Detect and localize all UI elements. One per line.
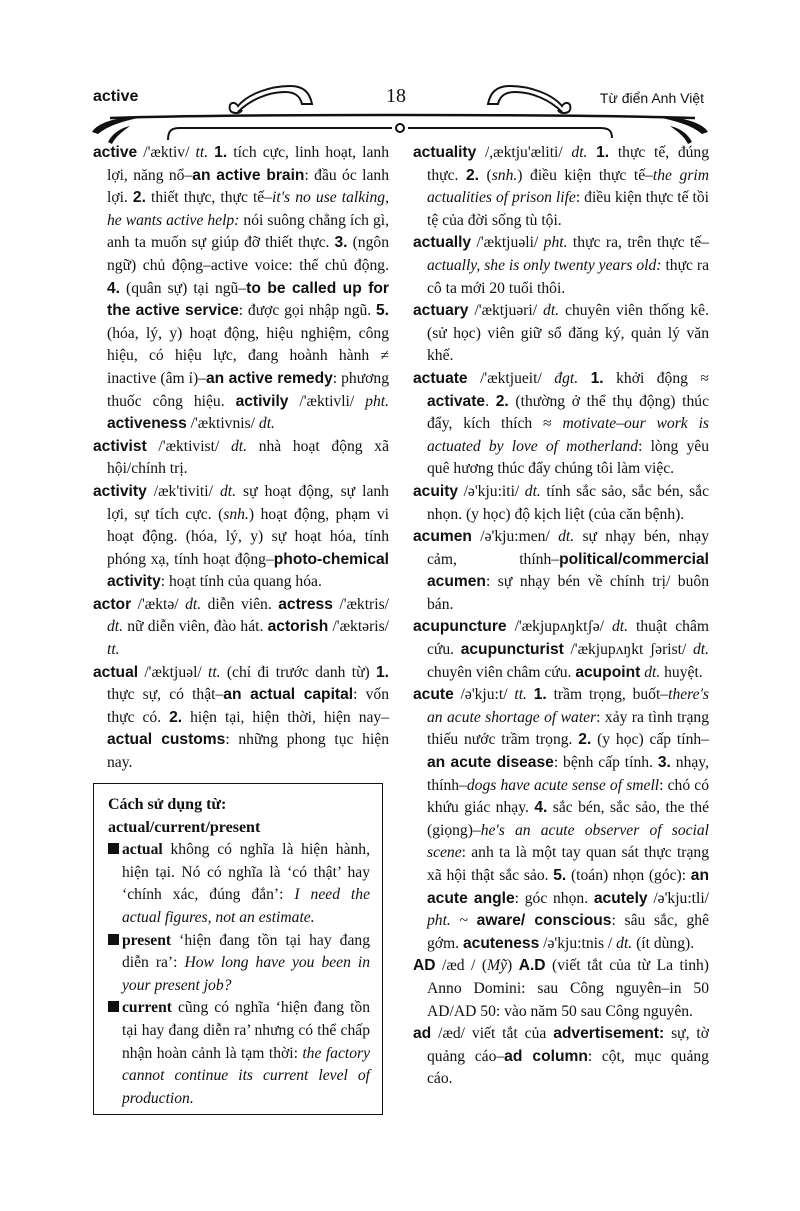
pronunciation: /'æktivist/ — [147, 438, 231, 455]
definition-text: nữ diễn viên, đào hát. — [123, 618, 268, 635]
pronunciation: /æd / ( — [436, 957, 488, 974]
bold-phrase: actorish — [268, 618, 329, 635]
headword: actuary — [413, 302, 468, 319]
definition-text — [527, 686, 534, 703]
italic-example: actually, she is only twenty years old: — [427, 257, 662, 274]
italic-example: pht. — [365, 393, 389, 410]
definition-text: : được gọi nhập ngũ. — [239, 302, 376, 319]
pronunciation: /'æktjuəri/ — [468, 302, 543, 319]
italic-example: tt. — [107, 641, 120, 658]
italic-example: dt. — [231, 438, 247, 455]
square-bullet-icon — [108, 934, 119, 945]
bold-phrase: 5. — [376, 302, 389, 319]
bold-phrase: 3. — [335, 234, 348, 251]
definition-text: thực sự, có thật– — [107, 686, 223, 703]
pronunciation: /'æktəris/ — [328, 618, 389, 635]
headword: actually — [413, 234, 471, 251]
dictionary-entry: acupuncture /'ækjupʌŋktʃə/ dt. thuật châ… — [413, 616, 709, 684]
bold-phrase: activate — [427, 393, 485, 410]
bold-phrase: advertisement: — [553, 1025, 664, 1042]
dictionary-entry: actuate /'æktjueit/ đgt. 1. khởi động ≈ … — [413, 368, 709, 481]
definition-text: thực ra, trên thực tế– — [568, 234, 709, 251]
pronunciation: /'æktjuəli/ — [471, 234, 544, 251]
bold-phrase: 2. — [578, 731, 591, 748]
book-title: Từ điển Anh Việt — [600, 90, 704, 106]
definition-text: huyệt. — [660, 664, 702, 681]
pronunciation: /æk'tiviti/ — [147, 483, 220, 500]
italic-example: dt. — [259, 415, 275, 432]
pronunciation: /'æktiv/ — [137, 144, 195, 161]
bold-phrase: 1. — [534, 686, 547, 703]
bold-phrase: 4. — [534, 799, 547, 816]
headword: active — [93, 144, 137, 161]
definition-text: trầm trọng, buốt– — [547, 686, 668, 703]
bold-phrase: ad column — [504, 1048, 588, 1065]
bold-phrase: 2. — [169, 709, 182, 726]
bold-phrase: actress — [278, 596, 333, 613]
pronunciation: /'ækjupʌŋkt ʃərist/ — [564, 641, 693, 658]
italic-example: dt. — [558, 528, 574, 545]
dictionary-entry: actuary /'æktjuəri/ dt. chuyên viên thốn… — [413, 300, 709, 368]
bold-phrase: aware/ conscious — [477, 912, 612, 929]
definition-text: ) điều kiện thực tế– — [517, 167, 653, 184]
definition-text: . — [485, 393, 496, 410]
pronunciation: /'æktris/ — [333, 596, 389, 613]
definition-text: khởi động ≈ — [604, 370, 709, 387]
dictionary-entry: actually /'æktjuəli/ pht. thực ra, trên … — [413, 232, 709, 300]
dictionary-entry: acumen /ə'kju:men/ dt. sự nhạy bén, nhạy… — [413, 526, 709, 616]
right-column: actuality /,æktju'æliti/ dt. 1. thực tế,… — [413, 142, 709, 1091]
definition-text: : bệnh cấp tính. — [554, 754, 658, 771]
definition-text: ( — [479, 167, 492, 184]
pronunciation: /ə'kju:men/ — [472, 528, 558, 545]
pronunciation: /'ækjupʌŋktʃə/ — [507, 618, 612, 635]
pronunciation: /'æktivnis/ — [187, 415, 259, 432]
definition-text: (quân sự) tại ngũ– — [120, 280, 246, 297]
bold-phrase: 5. — [553, 867, 566, 884]
italic-example: dt. — [525, 483, 541, 500]
dictionary-entry: activity /æk'tiviti/ dt. sự hoạt động, s… — [93, 481, 389, 594]
pronunciation: /'æktə/ — [131, 596, 185, 613]
usage-note-item: current cũng có nghĩa ‘hiện đang tồn tại… — [108, 997, 370, 1110]
definition-text: (chỉ đi trước danh từ) — [221, 664, 376, 681]
definition-text: : góc nhọn. — [515, 890, 594, 907]
italic-example: dt. — [616, 935, 632, 952]
usage-note-item: present ‘hiện đang tồn tại hay đang diễn… — [108, 930, 370, 998]
headword: AD — [413, 957, 436, 974]
headword: acute — [413, 686, 454, 703]
dictionary-page: active 18 Từ điển Anh Việt active /'ækti… — [0, 0, 800, 1211]
pronunciation: /æd/ — [431, 1025, 472, 1042]
definition-text — [578, 370, 590, 387]
italic-example: snh. — [492, 167, 518, 184]
headword: ad — [413, 1025, 431, 1042]
italic-example: dt. — [185, 596, 201, 613]
bold-phrase: acuteness — [463, 935, 539, 952]
definition-text: : hoạt tính của quang hóa. — [161, 573, 322, 590]
headword: acuity — [413, 483, 458, 500]
bold-phrase: an active remedy — [206, 370, 333, 387]
headword: activity — [93, 483, 147, 500]
headword: activist — [93, 438, 147, 455]
dictionary-entry: actuality /,æktju'æliti/ dt. 1. thực tế,… — [413, 142, 709, 232]
bold-phrase: 1. — [596, 144, 609, 161]
italic-example: tt. — [208, 664, 221, 681]
bold-phrase: activily — [236, 393, 289, 410]
italic-example: dt. — [107, 618, 123, 635]
pronunciation: /ə'kju:tli/ — [648, 890, 709, 907]
italic-example: tt. — [514, 686, 527, 703]
dictionary-entry: actor /'æktə/ dt. diễn viên. actress /'æ… — [93, 594, 389, 662]
dictionary-entry: acuity /ə'kju:iti/ dt. tính sắc sảo, sắc… — [413, 481, 709, 526]
definition-text: ~ — [451, 912, 477, 929]
pronunciation: /ə'kju:iti/ — [458, 483, 525, 500]
bold-phrase: acupoint — [575, 664, 640, 681]
dictionary-entry: active /'æktiv/ tt. 1. tích cực, linh ho… — [93, 142, 389, 436]
bold-phrase: 4. — [107, 280, 120, 297]
bold-phrase: activeness — [107, 415, 187, 432]
bold-phrase: 2. — [496, 393, 509, 410]
italic-example: dt. — [571, 144, 587, 161]
square-bullet-icon — [108, 1001, 119, 1012]
definition-text — [587, 144, 596, 161]
italic-example: dt. — [220, 483, 236, 500]
usage-term: current — [122, 999, 172, 1016]
bold-phrase: 1. — [591, 370, 604, 387]
italic-example: dogs have acute sense of smell — [467, 777, 659, 794]
left-column: active /'æktiv/ tt. 1. tích cực, linh ho… — [93, 142, 389, 775]
italic-example: dt. — [612, 618, 628, 635]
usage-note-item: actual không có nghĩa là hiện hành, hiện… — [108, 839, 370, 929]
italic-example: dt. — [543, 302, 559, 319]
bold-phrase: acutely — [594, 890, 648, 907]
bold-phrase: an acute disease — [427, 754, 554, 771]
dictionary-entry: acute /ə'kju:t/ tt. 1. trầm trọng, buốt–… — [413, 684, 709, 955]
usage-note-title: Cách sử dụng từ: — [108, 794, 370, 817]
bold-phrase: A.D — [519, 957, 546, 974]
definition-text: (ít dùng). — [632, 935, 694, 952]
dictionary-entry: actual /'æktjuəl/ tt. (chỉ đi trước danh… — [93, 662, 389, 775]
bold-phrase: 1. — [214, 144, 227, 161]
bold-phrase: 2. — [466, 167, 479, 184]
definition-text: hiện tại, hiện thời, hiện nay– — [182, 709, 389, 726]
pronunciation: /,æktju'æliti/ — [476, 144, 571, 161]
bold-phrase: 3. — [658, 754, 671, 771]
usage-note-items: actual không có nghĩa là hiện hành, hiện… — [108, 839, 370, 1110]
dictionary-entry: ad /æd/ viết tắt của advertisement: sự, … — [413, 1023, 709, 1091]
bold-phrase: 2. — [133, 189, 146, 206]
usage-note-box: Cách sử dụng từ: actual/current/present … — [93, 783, 383, 1115]
dictionary-entry: AD /æd / (Mỹ) A.D (viết tắt của từ La ti… — [413, 955, 709, 1023]
headword: actor — [93, 596, 131, 613]
headword: actuate — [413, 370, 468, 387]
italic-example: dt. — [644, 664, 660, 681]
headword: actuality — [413, 144, 476, 161]
italic-example: pht. — [427, 912, 451, 929]
usage-note-subtitle: actual/current/present — [108, 817, 370, 840]
headword: actual — [93, 664, 138, 681]
italic-example: đgt. — [554, 370, 578, 387]
guide-word: active — [93, 88, 138, 106]
italic-example: snh. — [223, 506, 249, 523]
bold-phrase: acupuncturist — [461, 641, 564, 658]
square-bullet-icon — [108, 843, 119, 854]
dictionary-entry: activist /'æktivist/ dt. nhà hoạt động x… — [93, 436, 389, 481]
pronunciation: /'æktjueit/ — [468, 370, 555, 387]
usage-term: present — [122, 932, 171, 949]
pronunciation: /'æktjuəl/ — [138, 664, 208, 681]
definition-text: (y học) cấp tính– — [591, 731, 709, 748]
bold-phrase: an active brain — [192, 167, 304, 184]
bold-phrase: 1. — [376, 664, 389, 681]
definition-text: ) — [507, 957, 519, 974]
italic-example: Mỹ — [487, 957, 507, 974]
definition-text: viết tắt của — [472, 1025, 553, 1042]
pronunciation: /'æktivli/ — [288, 393, 365, 410]
definition-text: chuyên viên châm cứu. — [427, 664, 575, 681]
usage-term: actual — [122, 841, 163, 858]
definition-text: thiết thực, thực tế– — [146, 189, 272, 206]
pronunciation: /ə'kju:tnis / — [539, 935, 616, 952]
page-number: 18 — [386, 85, 406, 108]
bold-phrase: an actual capital — [223, 686, 353, 703]
italic-example: pht. — [544, 234, 568, 251]
italic-example: tt. — [196, 144, 209, 161]
definition-text: (toán) nhọn (góc): — [566, 867, 691, 884]
bold-phrase: actual customs — [107, 731, 225, 748]
italic-example: dt. — [693, 641, 709, 658]
pronunciation: /ə'kju:t/ — [454, 686, 515, 703]
headword: acumen — [413, 528, 472, 545]
definition-text: diễn viên. — [201, 596, 278, 613]
headword: acupuncture — [413, 618, 507, 635]
